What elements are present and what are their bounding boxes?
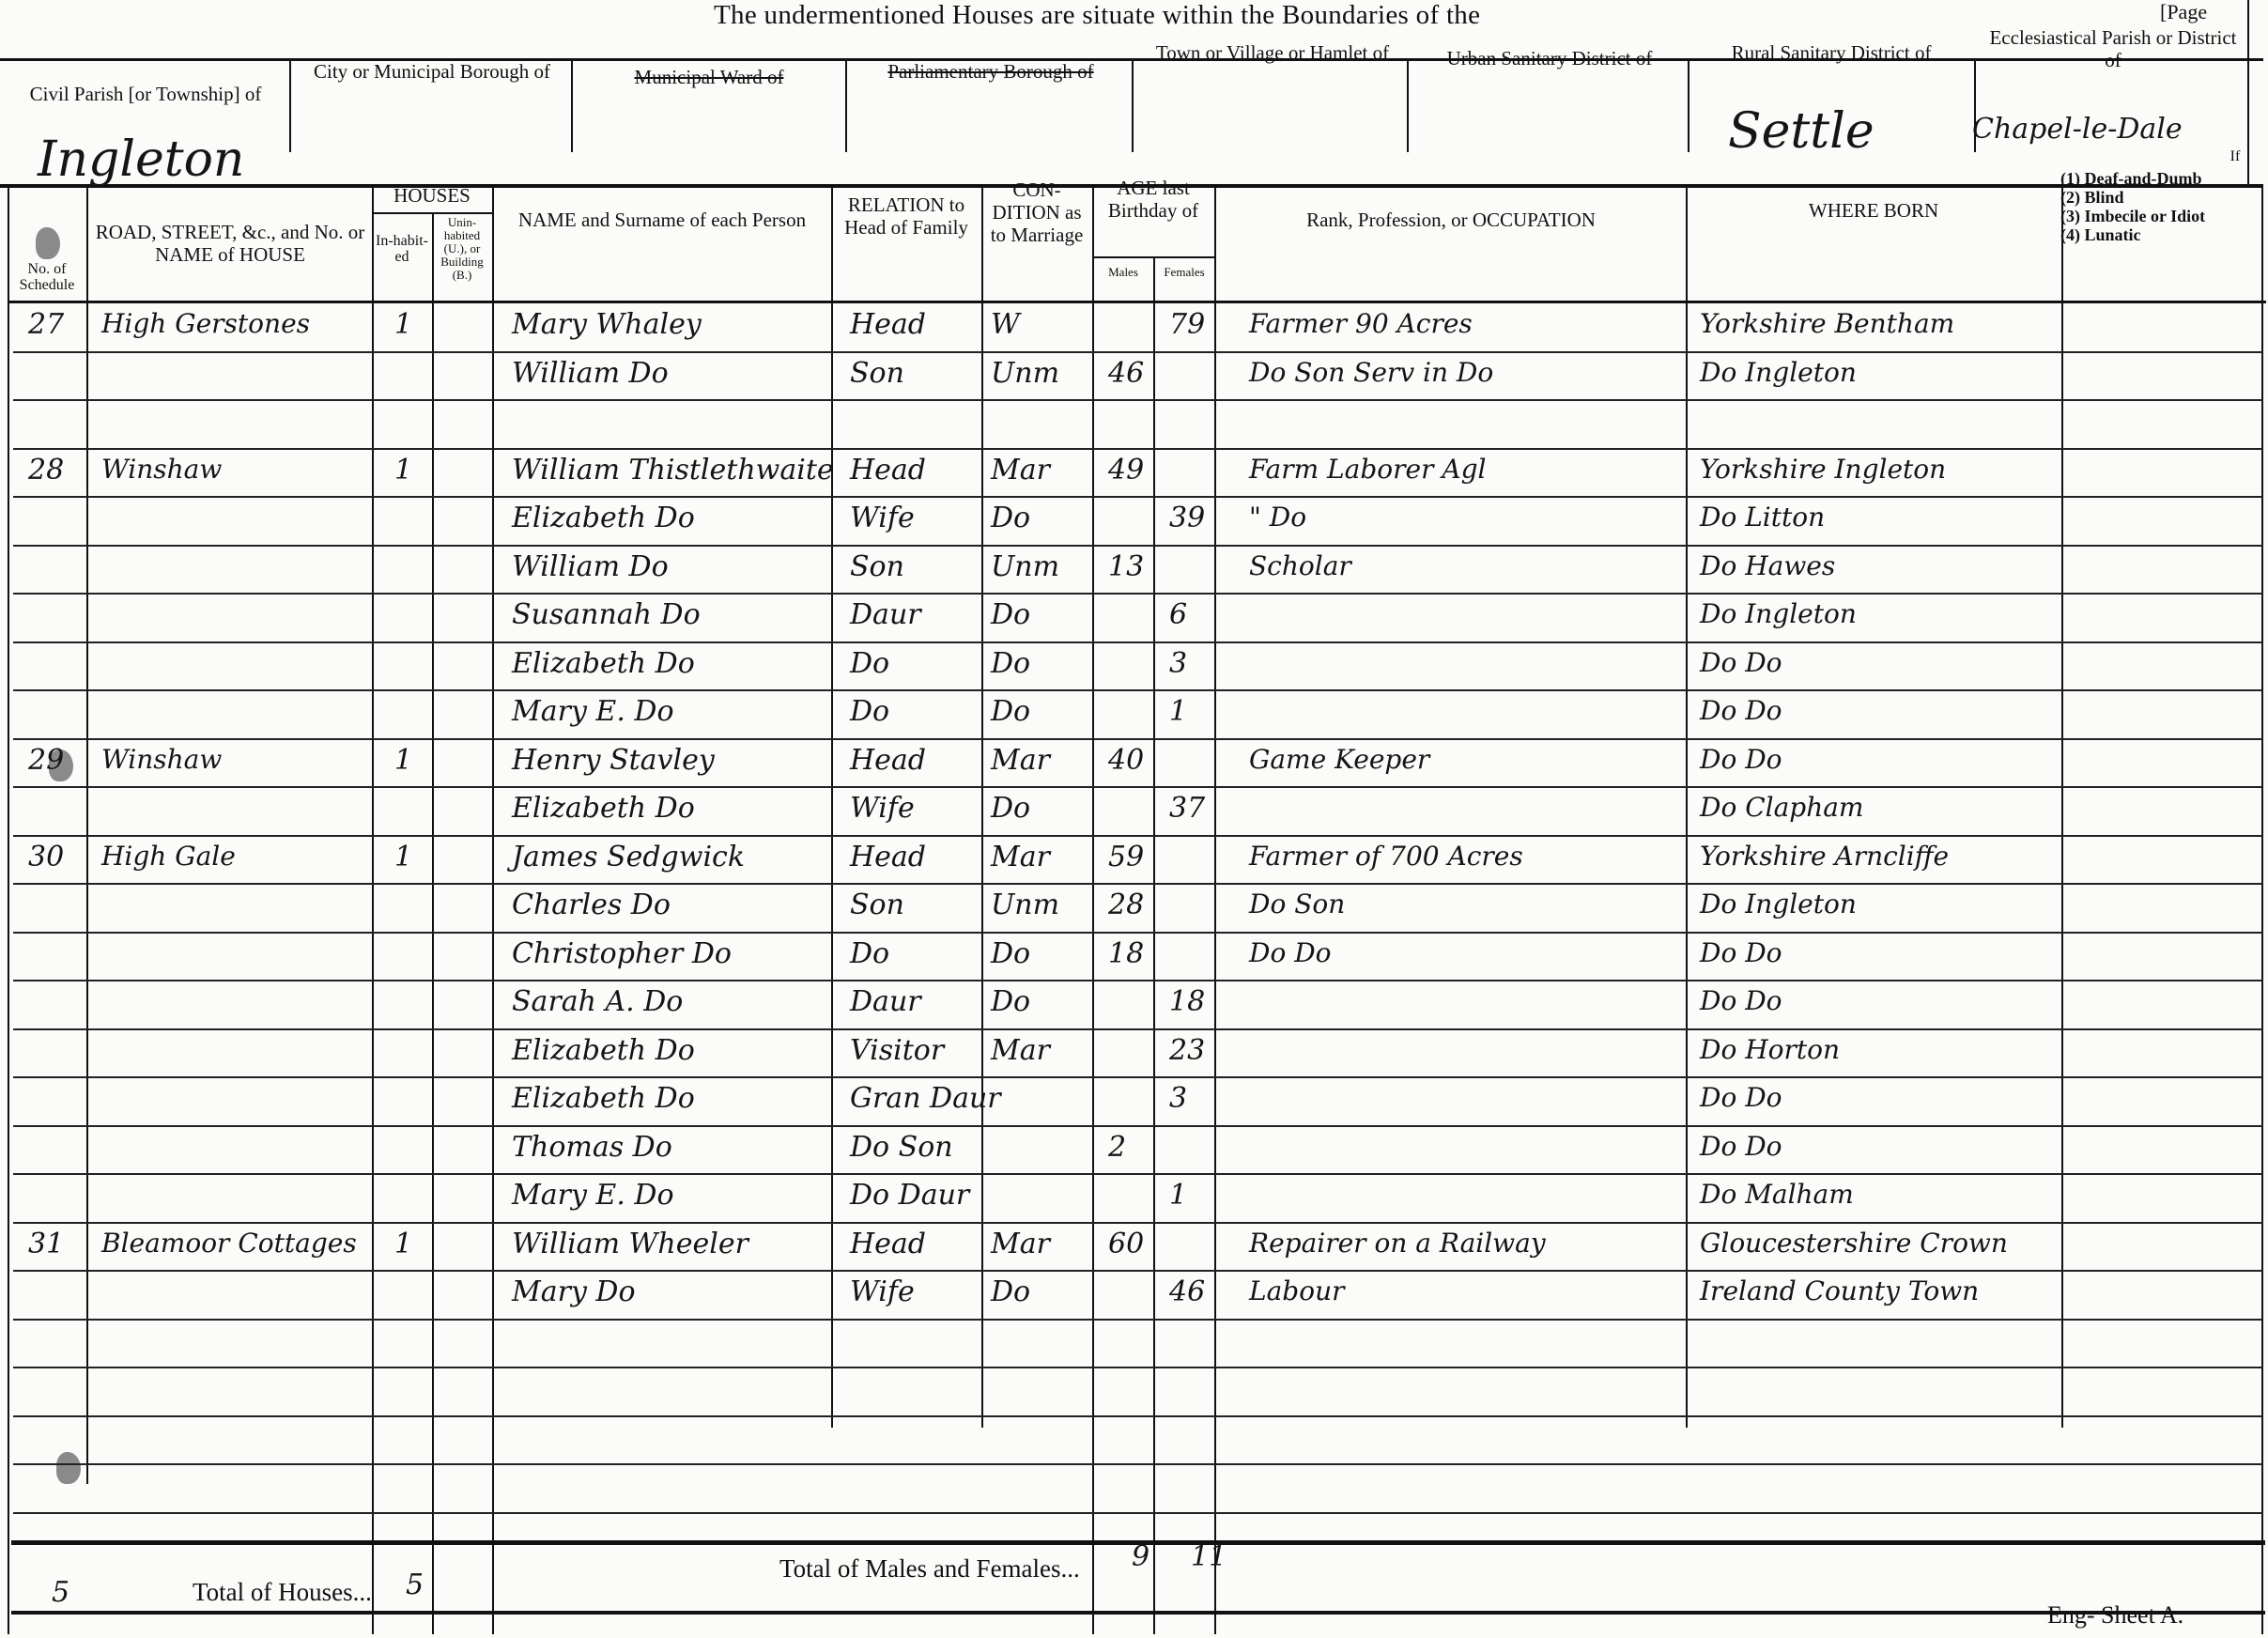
col-header-disability: (1) Deaf-and-Dumb (2) Blind (3) Imbecile… bbox=[2060, 169, 2205, 244]
birthplace: Do Do bbox=[1700, 1131, 1782, 1162]
house-name: Winshaw bbox=[101, 744, 222, 775]
birthplace: Do Ingleton bbox=[1700, 357, 1857, 388]
marital-condition: Mar bbox=[991, 1228, 1050, 1260]
col-header-disability-if: If bbox=[2216, 148, 2254, 164]
birthplace: Do Hawes bbox=[1700, 550, 1835, 581]
col-line bbox=[1214, 188, 1216, 1634]
person-name: James Sedgwick bbox=[512, 841, 745, 873]
row-rule bbox=[13, 1415, 2262, 1417]
person-name: Elizabeth Do bbox=[512, 1034, 695, 1067]
occupation: Farm Laborer Agl bbox=[1249, 454, 1486, 485]
row-rule bbox=[13, 786, 2262, 788]
ecclesiastical-value: Chapel-le-Dale bbox=[1972, 113, 2183, 146]
divider bbox=[571, 58, 573, 152]
birthplace: Do Malham bbox=[1700, 1179, 1854, 1210]
relation-to-head: Son bbox=[850, 889, 904, 921]
relation-to-head: Do bbox=[850, 647, 889, 680]
col-header-males: Males bbox=[1094, 266, 1152, 279]
house-name: Bleamoor Cottages bbox=[101, 1228, 357, 1259]
marital-condition: Unm bbox=[991, 889, 1059, 921]
marital-condition: Do bbox=[991, 647, 1030, 680]
col-line bbox=[2061, 188, 2063, 1428]
disability-option: (1) Deaf-and-Dumb bbox=[2060, 169, 2205, 188]
marital-condition: Unm bbox=[991, 550, 1059, 583]
total-persons-label: Total of Males and Females... bbox=[779, 1554, 1080, 1584]
relation-to-head: Do bbox=[850, 695, 889, 728]
relation-to-head: Wife bbox=[850, 792, 915, 825]
col-line bbox=[1686, 188, 1688, 1428]
house-name: High Gale bbox=[101, 841, 236, 872]
schedule-number: 29 bbox=[28, 744, 64, 777]
row-rule bbox=[13, 689, 2262, 691]
row-rule bbox=[13, 1270, 2262, 1272]
birthplace: Do Do bbox=[1700, 647, 1782, 678]
relation-to-head: Head bbox=[850, 308, 926, 341]
person-name: William Wheeler bbox=[512, 1228, 748, 1260]
row-rule bbox=[13, 496, 2262, 498]
person-name: Mary E. Do bbox=[512, 695, 674, 728]
marital-condition: Mar bbox=[991, 841, 1050, 873]
col-header-name: NAME and Surname of each Person bbox=[507, 209, 817, 231]
municipal-borough-text: City or Municipal Borough of bbox=[314, 60, 550, 83]
total-females: 11 bbox=[1191, 1540, 1227, 1573]
inhabited-count: 1 bbox=[394, 308, 412, 341]
inhabited-count: 1 bbox=[394, 744, 412, 777]
birthplace: Do Ingleton bbox=[1700, 598, 1857, 629]
col-line bbox=[981, 188, 983, 1428]
birthplace: Do Ingleton bbox=[1700, 889, 1857, 919]
birthplace: Do Do bbox=[1700, 695, 1782, 726]
male-age: 59 bbox=[1108, 841, 1144, 873]
person-name: Sarah A. Do bbox=[512, 985, 683, 1018]
relation-to-head: Do Daur bbox=[850, 1179, 969, 1212]
divider bbox=[1407, 58, 1409, 152]
col-line bbox=[1092, 188, 1094, 1634]
rural-sanitary-label: Rural Sanitary District of bbox=[1700, 41, 1963, 64]
row-rule bbox=[13, 593, 2262, 595]
row-rule bbox=[13, 351, 2262, 353]
civil-parish-label: Civil Parish [or Township] of bbox=[5, 83, 286, 105]
marital-condition: Do bbox=[991, 1275, 1030, 1308]
row-rule bbox=[13, 1512, 2262, 1514]
birthplace: Yorkshire Arncliffe bbox=[1700, 841, 1949, 872]
house-name: Winshaw bbox=[101, 454, 222, 485]
disability-option: (3) Imbecile or Idiot bbox=[2060, 207, 2205, 225]
female-age: 39 bbox=[1169, 502, 1205, 534]
total-males: 9 bbox=[1132, 1540, 1149, 1573]
row-rule bbox=[13, 1125, 2262, 1127]
civil-parish-value: Ingleton bbox=[38, 131, 244, 188]
row-rule bbox=[13, 1173, 2262, 1175]
marital-condition: Do bbox=[991, 937, 1030, 970]
marital-condition: Do bbox=[991, 598, 1030, 631]
rule bbox=[8, 301, 2266, 303]
female-age: 46 bbox=[1169, 1275, 1205, 1308]
relation-to-head: Daur bbox=[850, 598, 921, 631]
row-rule bbox=[13, 1463, 2262, 1465]
relation-to-head: Head bbox=[850, 841, 926, 873]
birthplace: Do Horton bbox=[1700, 1034, 1840, 1065]
female-age: 18 bbox=[1169, 985, 1205, 1018]
census-page: The undermentioned Houses are situate wi… bbox=[0, 0, 2268, 1638]
female-age: 3 bbox=[1169, 647, 1187, 680]
municipal-borough-label: City or Municipal Borough of bbox=[310, 60, 554, 83]
person-name: William Do bbox=[512, 357, 669, 390]
col-header-road: ROAD, STREET, &c., and No. or NAME of HO… bbox=[90, 221, 370, 266]
birthplace: Yorkshire Ingleton bbox=[1700, 454, 1946, 485]
person-name: Mary Do bbox=[512, 1275, 636, 1308]
birthplace: Yorkshire Bentham bbox=[1700, 308, 1954, 339]
birthplace: Do Clapham bbox=[1700, 792, 1863, 823]
totals-rule bbox=[11, 1611, 2265, 1615]
row-rule bbox=[13, 641, 2262, 643]
row-rule bbox=[13, 932, 2262, 934]
person-name: Mary E. Do bbox=[512, 1179, 674, 1212]
marital-condition: Mar bbox=[991, 1034, 1050, 1067]
female-age: 1 bbox=[1169, 695, 1187, 728]
col-line bbox=[8, 188, 9, 1634]
person-name: William Thistlethwaite bbox=[512, 454, 834, 487]
row-rule bbox=[13, 1076, 2262, 1078]
relation-to-head: Do bbox=[850, 937, 889, 970]
female-age: 1 bbox=[1169, 1179, 1187, 1212]
marital-condition: W bbox=[991, 308, 1020, 341]
marital-condition: Mar bbox=[991, 454, 1050, 487]
ecclesiastical-label: Ecclesiastical Parish or District of bbox=[1982, 26, 2245, 71]
col-line bbox=[372, 188, 374, 1634]
total-houses-label: Total of Houses... bbox=[193, 1578, 372, 1607]
disability-option: (2) Blind bbox=[2060, 188, 2205, 207]
person-name: Elizabeth Do bbox=[512, 792, 695, 825]
house-name: High Gerstones bbox=[101, 308, 310, 339]
row-rule bbox=[13, 399, 2262, 401]
row-rule bbox=[13, 1367, 2262, 1368]
relation-to-head: Head bbox=[850, 454, 926, 487]
marital-condition: Do bbox=[991, 695, 1030, 728]
marital-condition: Do bbox=[991, 792, 1030, 825]
birthplace: Do Do bbox=[1700, 744, 1782, 775]
col-header-houses: HOUSES bbox=[374, 184, 490, 207]
row-rule bbox=[13, 1222, 2262, 1224]
person-name: Elizabeth Do bbox=[512, 647, 695, 680]
person-name: Susannah Do bbox=[512, 598, 701, 631]
male-age: 46 bbox=[1108, 357, 1144, 390]
town-village-label: Town or Village or Hamlet of bbox=[1155, 41, 1390, 64]
male-age: 18 bbox=[1108, 937, 1144, 970]
rule bbox=[1094, 256, 1214, 258]
col-line bbox=[2261, 188, 2263, 1634]
relation-to-head: Wife bbox=[850, 502, 915, 534]
relation-to-head: Daur bbox=[850, 985, 921, 1018]
col-header-condition: CON-DITION as to Marriage bbox=[983, 178, 1090, 246]
birthplace: Do Do bbox=[1700, 937, 1782, 968]
occupation: Scholar bbox=[1249, 550, 1351, 581]
marital-condition: Unm bbox=[991, 357, 1059, 390]
person-name: Elizabeth Do bbox=[512, 1082, 695, 1115]
female-age: 79 bbox=[1169, 308, 1205, 341]
inhabited-count: 1 bbox=[394, 454, 412, 487]
disability-option: (4) Lunatic bbox=[2060, 225, 2205, 244]
col-header-occupation: Rank, Profession, or OCCUPATION bbox=[1221, 209, 1681, 231]
sheet-label: Eng- Sheet A. bbox=[2047, 1601, 2183, 1630]
divider bbox=[289, 58, 291, 152]
male-age: 49 bbox=[1108, 454, 1144, 487]
row-rule bbox=[13, 980, 2262, 981]
female-age: 6 bbox=[1169, 598, 1187, 631]
inhabited-count: 1 bbox=[394, 1228, 412, 1260]
occupation: Game Keeper bbox=[1249, 744, 1429, 775]
col-header-schedule: No. of Schedule bbox=[9, 261, 85, 293]
col-header-where-born: WHERE BORN bbox=[1690, 199, 2057, 222]
col-line bbox=[432, 214, 434, 1634]
male-age: 60 bbox=[1108, 1228, 1144, 1260]
person-name: Thomas Do bbox=[512, 1131, 672, 1164]
occupation: Repairer on a Railway bbox=[1249, 1228, 1546, 1259]
relation-to-head: Visitor bbox=[850, 1034, 944, 1067]
birthplace: Do Litton bbox=[1700, 502, 1825, 533]
relation-to-head: Son bbox=[850, 357, 904, 390]
female-age: 3 bbox=[1169, 1082, 1187, 1115]
rule bbox=[374, 212, 492, 214]
schedule-number: 27 bbox=[28, 308, 64, 341]
person-name: Christopher Do bbox=[512, 937, 732, 970]
row-rule bbox=[13, 738, 2262, 740]
divider bbox=[1688, 58, 1689, 152]
person-name: William Do bbox=[512, 550, 669, 583]
row-rule bbox=[13, 1028, 2262, 1030]
col-header-relation: RELATION to Head of Family bbox=[833, 193, 980, 239]
row-rule bbox=[13, 1319, 2262, 1321]
person-name: Mary Whaley bbox=[512, 308, 702, 341]
divider bbox=[845, 58, 847, 152]
female-age: 23 bbox=[1169, 1034, 1205, 1067]
divider bbox=[1132, 58, 1134, 152]
occupation: " Do bbox=[1249, 502, 1306, 533]
person-name: Henry Stavley bbox=[512, 744, 715, 777]
birthplace: Gloucestershire Crown bbox=[1700, 1228, 2008, 1259]
page-number-label: [Page bbox=[2160, 0, 2207, 24]
marital-condition: Do bbox=[991, 502, 1030, 534]
urban-sanitary-label: Urban Sanitary District of bbox=[1418, 47, 1681, 70]
birthplace: Do Do bbox=[1700, 985, 1782, 1016]
col-header-inhabited: In-habit-ed bbox=[374, 233, 430, 265]
occupation: Do Do bbox=[1249, 937, 1332, 968]
relation-to-head: Head bbox=[850, 744, 926, 777]
schedule-number: 28 bbox=[28, 454, 64, 487]
occupation: Do Son bbox=[1249, 889, 1345, 919]
occupation: Labour bbox=[1249, 1275, 1345, 1306]
occupation: Do Son Serv in Do bbox=[1249, 357, 1493, 388]
col-header-females: Females bbox=[1155, 266, 1213, 279]
marital-condition: Do bbox=[991, 985, 1030, 1018]
marital-condition: Mar bbox=[991, 744, 1050, 777]
ink-blot bbox=[36, 227, 60, 259]
rural-sanitary-value: Settle bbox=[1728, 103, 1875, 160]
male-age: 2 bbox=[1108, 1131, 1126, 1164]
relation-to-head: Head bbox=[850, 1228, 926, 1260]
male-age: 28 bbox=[1108, 889, 1144, 921]
row-rule bbox=[13, 883, 2262, 885]
row-rule bbox=[13, 835, 2262, 837]
row-rule bbox=[13, 545, 2262, 547]
municipal-ward-label: Municipal Ward of bbox=[582, 66, 836, 88]
col-line bbox=[831, 188, 833, 1428]
occupation: Farmer of 700 Acres bbox=[1249, 841, 1523, 872]
total-houses: 5 bbox=[406, 1568, 424, 1601]
birthplace: Do Do bbox=[1700, 1082, 1782, 1113]
inhabited-count: 1 bbox=[394, 841, 412, 873]
ink-blot bbox=[56, 1452, 81, 1484]
male-age: 40 bbox=[1108, 744, 1144, 777]
relation-to-head: Wife bbox=[850, 1275, 915, 1308]
page-header-title: The undermentioned Houses are situate wi… bbox=[714, 0, 1480, 31]
col-header-age: AGE last Birthday of bbox=[1094, 177, 1212, 222]
parliamentary-borough-label: Parliamentary Borough of bbox=[859, 60, 1122, 83]
female-age: 37 bbox=[1169, 792, 1205, 825]
relation-to-head: Gran Daur bbox=[850, 1082, 1001, 1115]
relation-to-head: Son bbox=[850, 550, 904, 583]
relation-to-head: Do Son bbox=[850, 1131, 953, 1164]
row-rule bbox=[13, 448, 2262, 450]
schedule-number: 31 bbox=[28, 1228, 64, 1260]
male-age: 13 bbox=[1108, 550, 1144, 583]
col-header-uninhabited: Unin-habited (U.), or Building (B.) bbox=[434, 216, 490, 282]
col-line bbox=[492, 188, 494, 1634]
birthplace: Ireland County Town bbox=[1700, 1275, 1979, 1306]
col-line bbox=[1153, 258, 1155, 1634]
schedule-number: 30 bbox=[28, 841, 64, 873]
person-name: Charles Do bbox=[512, 889, 671, 921]
occupation: Farmer 90 Acres bbox=[1249, 308, 1473, 339]
person-name: Elizabeth Do bbox=[512, 502, 695, 534]
total-schedules: 5 bbox=[52, 1576, 69, 1609]
